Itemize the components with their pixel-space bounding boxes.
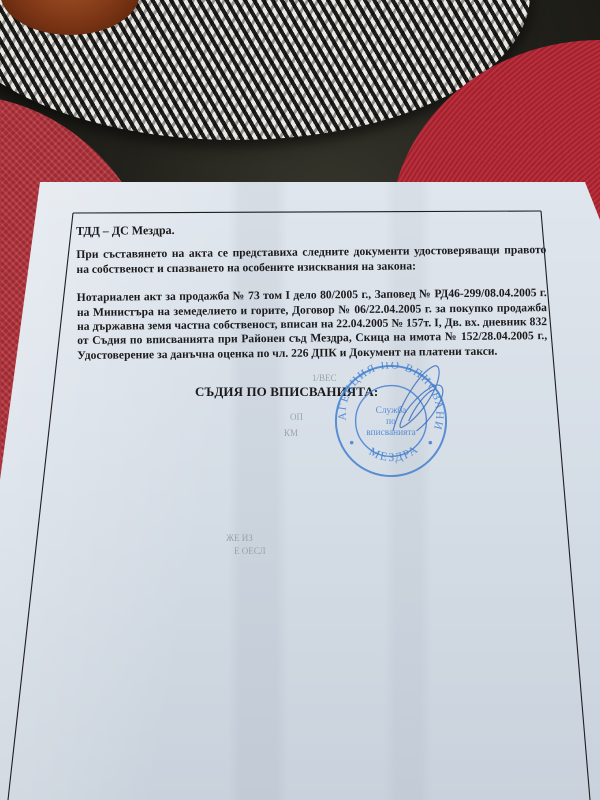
faint-mark: КМ xyxy=(284,428,298,438)
stamp-outer-bottom-text: МЕЗДРА xyxy=(367,441,422,464)
faint-mark: ОП xyxy=(290,412,303,422)
faint-mark: Е ОЕСЛ xyxy=(234,546,266,556)
stamp-center-line: вписванията xyxy=(366,428,416,438)
intro-paragraph: При съставянето на акта се представиха с… xyxy=(76,243,546,277)
document-body: ТДД – ДС Мездра. При съставянето на акта… xyxy=(76,219,547,363)
document-border-frame xyxy=(0,0,600,800)
stamp-center-line: Служба xyxy=(376,405,407,416)
faint-mark: ЖЕ ИЗ xyxy=(226,533,253,543)
documents-paragraph: Нотариален акт за продажба № 73 том I де… xyxy=(77,286,548,363)
registry-stamp: АГЕНЦИЯ ПО ВПИСВАНИЯТА МЕЗДРА Служба по … xyxy=(332,362,450,480)
svg-text:МЕЗДРА: МЕЗДРА xyxy=(367,441,422,464)
